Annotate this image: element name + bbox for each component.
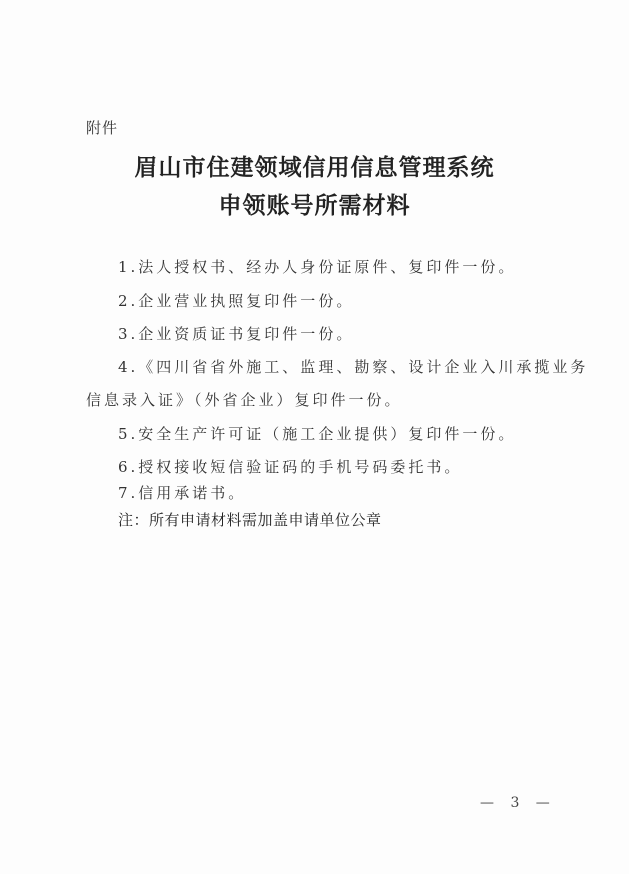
page-number: — 3 —	[480, 795, 556, 811]
document-title-line1: 眉山市住建领域信用信息管理系统	[0, 149, 629, 182]
list-item-4: 4.《四川省省外施工、监理、勘察、设计企业入川承揽业务	[118, 356, 588, 377]
list-item-7: 7.信用承诺书。	[118, 482, 246, 503]
attachment-label: 附件	[86, 117, 118, 138]
document-page: 附件 眉山市住建领域信用信息管理系统 申领账号所需材料 1.法人授权书、经办人身…	[0, 0, 629, 874]
document-title-line2: 申领账号所需材料	[0, 187, 629, 220]
stamp-note: 注：所有申请材料需加盖申请单位公章	[118, 509, 382, 530]
list-item-2: 2.企业营业执照复印件一份。	[118, 290, 354, 311]
list-item-3: 3.企业资质证书复印件一份。	[118, 323, 354, 344]
list-item-1: 1.法人授权书、经办人身份证原件、复印件一份。	[118, 256, 516, 277]
list-item-5: 5.安全生产许可证（施工企业提供）复印件一份。	[118, 423, 516, 444]
list-item-4-continued: 信息录入证》（外省企业）复印件一份。	[86, 389, 403, 410]
list-item-6: 6.授权接收短信验证码的手机号码委托书。	[118, 456, 462, 477]
